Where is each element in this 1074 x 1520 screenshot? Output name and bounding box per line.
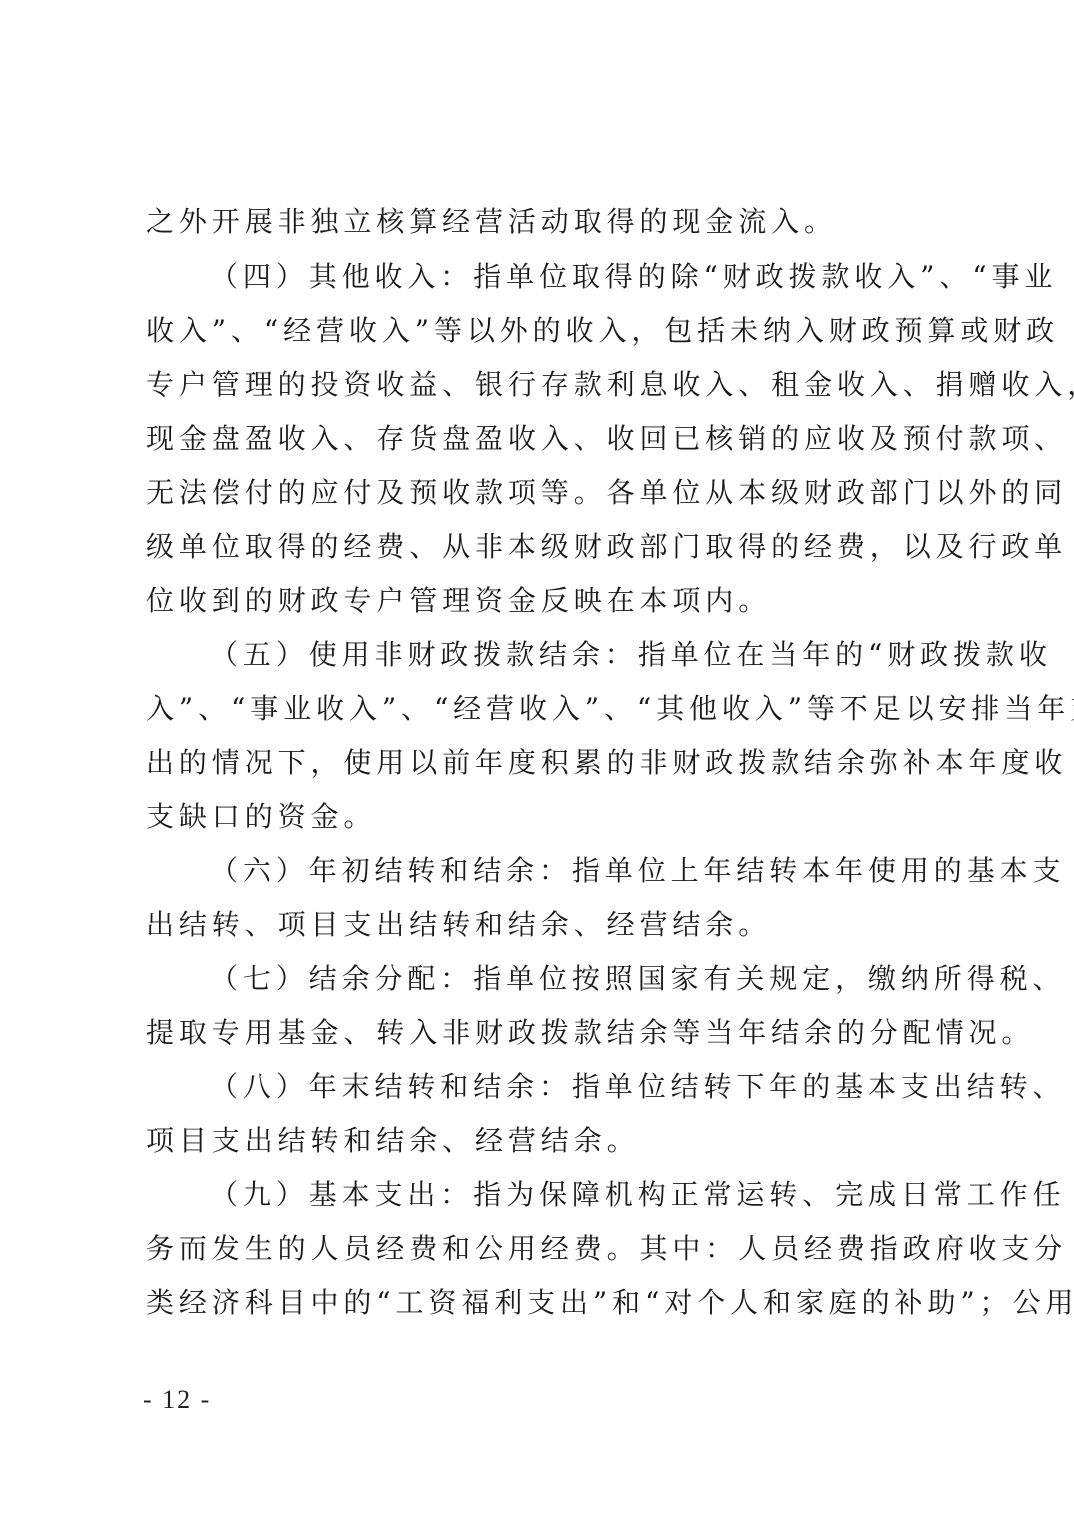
page-number: - 12 - xyxy=(143,1385,211,1415)
text-line: 项目支出结转和结余、经营结余。 xyxy=(146,1121,946,1161)
text-line: （八）年末结转和结余：指单位结转下年的基本支出结转、 xyxy=(210,1067,1010,1107)
text-line: 专户管理的投资收益、银行存款利息收入、租金收入、捐赠收入， xyxy=(146,365,946,405)
text-line: 无法偿付的应付及预收款项等。各单位从本级财政部门以外的同 xyxy=(146,473,946,513)
text-line: 出结转、项目支出结转和结余、经营结余。 xyxy=(146,905,946,945)
text-line: 之外开展非独立核算经营活动取得的现金流入。 xyxy=(146,202,946,242)
text-line: 收入”、“经营收入”等以外的收入，包括未纳入财政预算或财政 xyxy=(146,311,946,351)
text-line: 级单位取得的经费、从非本级财政部门取得的经费，以及行政单 xyxy=(146,527,946,567)
text-line: （七）结余分配：指单位按照国家有关规定，缴纳所得税、 xyxy=(210,959,1010,999)
text-line: 务而发生的人员经费和公用经费。其中：人员经费指政府收支分 xyxy=(146,1229,946,1269)
text-line: 现金盘盈收入、存货盘盈收入、收回已核销的应收及预付款项、 xyxy=(146,419,946,459)
document-page: 之外开展非独立核算经营活动取得的现金流入。 （四）其他收入：指单位取得的除“财政… xyxy=(0,0,1074,1520)
text-line: 位收到的财政专户管理资金反映在本项内。 xyxy=(146,581,946,621)
text-line: （九）基本支出：指为保障机构正常运转、完成日常工作任 xyxy=(210,1175,1010,1215)
text-line: （四）其他收入：指单位取得的除“财政拨款收入”、“事业 xyxy=(210,257,1010,297)
text-line: 入”、“事业收入”、“经营收入”、“其他收入”等不足以安排当年支 xyxy=(146,689,946,729)
text-line: （六）年初结转和结余：指单位上年结转本年使用的基本支 xyxy=(210,851,1010,891)
text-line: 类经济科目中的“工资福利支出”和“对个人和家庭的补助”；公用 xyxy=(146,1283,946,1323)
text-line: 提取专用基金、转入非财政拨款结余等当年结余的分配情况。 xyxy=(146,1013,946,1053)
text-line: 支缺口的资金。 xyxy=(146,797,946,837)
text-line: 出的情况下，使用以前年度积累的非财政拨款结余弥补本年度收 xyxy=(146,743,946,783)
text-line: （五）使用非财政拨款结余：指单位在当年的“财政拨款收 xyxy=(210,635,1010,675)
